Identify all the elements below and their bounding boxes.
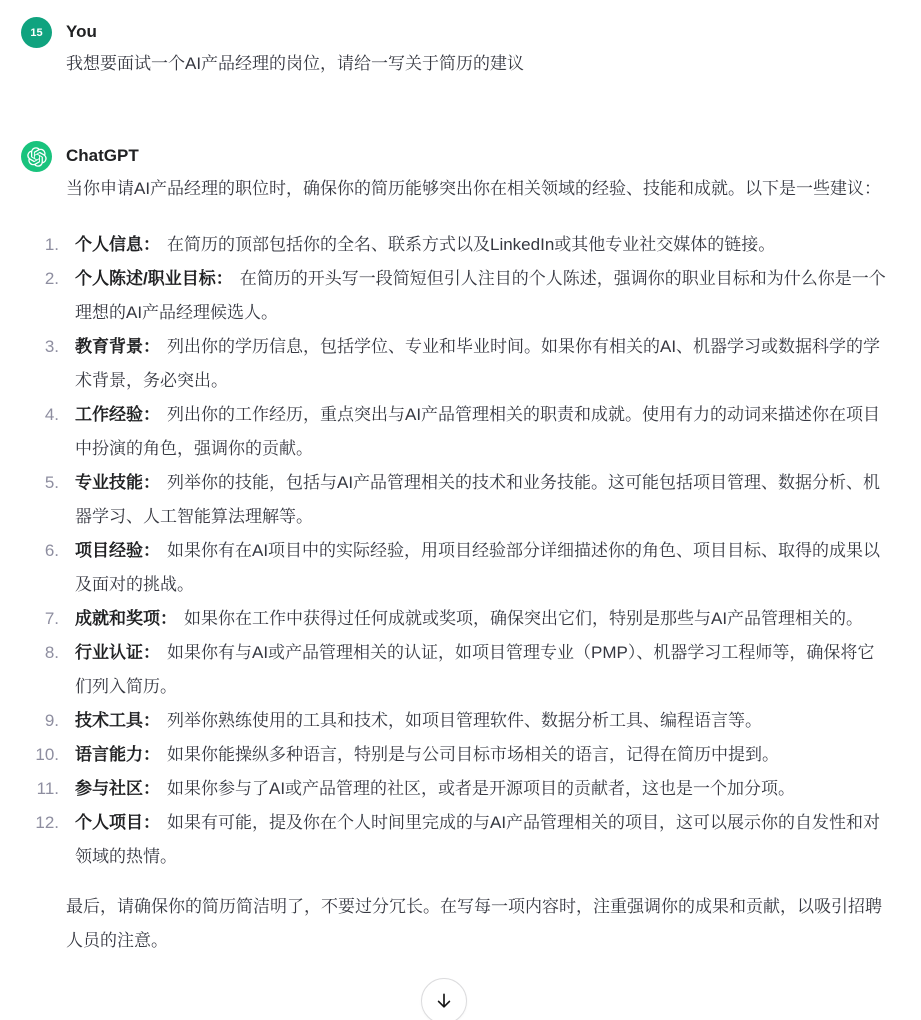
list-item-label: 教育背景： <box>75 337 160 356</box>
list-item-number: 5. <box>33 466 59 534</box>
list-item-body: 项目经验：如果你有在AI项目中的实际经验，用项目经验部分详细描述你的角色、项目目… <box>75 534 891 602</box>
list-item-body: 参与社区：如果你参与了AI或产品管理的社区，或者是开源项目的贡献者，这也是一个加… <box>75 772 891 806</box>
list-item: 6.项目经验：如果你有在AI项目中的实际经验，用项目经验部分详细描述你的角色、项… <box>66 534 891 602</box>
list-item-body: 技术工具：列举你熟练使用的工具和技术，如项目管理软件、数据分析工具、编程语言等。 <box>75 704 891 738</box>
list-item-label: 个人信息： <box>75 235 160 254</box>
list-item-number: 4. <box>33 398 59 466</box>
list-item-text: 列举你的技能，包括与AI产品管理相关的技术和业务技能。这可能包括项目管理、数据分… <box>75 473 880 526</box>
list-item: 2.个人陈述/职业目标：在简历的开头写一段简短但引人注目的个人陈述，强调你的职业… <box>66 262 891 330</box>
list-item-number: 6. <box>33 534 59 602</box>
list-item: 3.教育背景：列出你的学历信息，包括学位、专业和毕业时间。如果你有相关的AI、机… <box>66 330 891 398</box>
list-item-label: 个人项目： <box>75 813 160 832</box>
list-item-number: 1. <box>33 228 59 262</box>
assistant-outro-paragraph: 最后，请确保你的简历简洁明了，不要过分冗长。在写每一项内容时，注重强调你的成果和… <box>66 890 891 958</box>
user-message-content: You 我想要面试一个AI产品经理的岗位，请给一写关于简历的建议 <box>66 17 891 81</box>
list-item-text: 列出你的学历信息，包括学位、专业和毕业时间。如果你有相关的AI、机器学习或数据科… <box>75 337 880 390</box>
list-item-text: 列出你的工作经历，重点突出与AI产品管理相关的职责和成就。使用有力的动词来描述你… <box>75 405 880 458</box>
list-item-number: 11. <box>33 772 59 806</box>
list-item-body: 个人信息：在简历的顶部包括你的全名、联系方式以及LinkedIn或其他专业社交媒… <box>75 228 891 262</box>
scroll-to-bottom-button[interactable] <box>421 978 467 1020</box>
list-item: 10.语言能力：如果你能操纵多种语言，特别是与公司目标市场相关的语言，记得在简历… <box>66 738 891 772</box>
list-item-label: 项目经验： <box>75 541 160 560</box>
list-item-body: 成就和奖项：如果你在工作中获得过任何成就或奖项，确保突出它们，特别是那些与AI产… <box>75 602 891 636</box>
chatgpt-avatar <box>21 141 52 172</box>
list-item-body: 教育背景：列出你的学历信息，包括学位、专业和毕业时间。如果你有相关的AI、机器学… <box>75 330 891 398</box>
user-avatar-label: 15 <box>30 27 42 39</box>
list-item-text: 如果有可能，提及你在个人时间里完成的与AI产品管理相关的项目，这可以展示你的自发… <box>75 813 880 866</box>
list-item-label: 行业认证： <box>75 643 160 662</box>
list-item-text: 如果你能操纵多种语言，特别是与公司目标市场相关的语言，记得在简历中提到。 <box>167 745 779 764</box>
list-item: 5.专业技能：列举你的技能，包括与AI产品管理相关的技术和业务技能。这可能包括项… <box>66 466 891 534</box>
user-avatar: 15 <box>21 17 52 48</box>
list-item-body: 语言能力：如果你能操纵多种语言，特别是与公司目标市场相关的语言，记得在简历中提到… <box>75 738 891 772</box>
assistant-author-name: ChatGPT <box>66 141 891 168</box>
user-author-name: You <box>66 17 891 44</box>
list-item-body: 专业技能：列举你的技能，包括与AI产品管理相关的技术和业务技能。这可能包括项目管… <box>75 466 891 534</box>
list-item-number: 9. <box>33 704 59 738</box>
list-item-number: 2. <box>33 262 59 330</box>
user-message-text: 我想要面试一个AI产品经理的岗位，请给一写关于简历的建议 <box>66 47 891 81</box>
user-message: 15 You 我想要面试一个AI产品经理的岗位，请给一写关于简历的建议 <box>0 17 921 81</box>
list-item-label: 语言能力： <box>75 745 160 764</box>
list-item: 4.工作经验：列出你的工作经历，重点突出与AI产品管理相关的职责和成就。使用有力… <box>66 398 891 466</box>
list-item-number: 8. <box>33 636 59 704</box>
assistant-message-content: ChatGPT 当你申请AI产品经理的职位时，确保你的简历能够突出你在相关领域的… <box>66 141 891 958</box>
list-item: 1.个人信息：在简历的顶部包括你的全名、联系方式以及LinkedIn或其他专业社… <box>66 228 891 262</box>
list-item-body: 行业认证：如果你有与AI或产品管理相关的认证，如项目管理专业（PMP）、机器学习… <box>75 636 891 704</box>
list-item-label: 成就和奖项： <box>75 609 177 628</box>
list-item-label: 工作经验： <box>75 405 160 424</box>
list-item-body: 个人陈述/职业目标：在简历的开头写一段简短但引人注目的个人陈述，强调你的职业目标… <box>75 262 891 330</box>
assistant-message: ChatGPT 当你申请AI产品经理的职位时，确保你的简历能够突出你在相关领域的… <box>0 141 921 958</box>
advice-list: 1.个人信息：在简历的顶部包括你的全名、联系方式以及LinkedIn或其他专业社… <box>66 228 891 874</box>
list-item-number: 3. <box>33 330 59 398</box>
list-item-label: 参与社区： <box>75 779 160 798</box>
list-item-label: 技术工具： <box>75 711 160 730</box>
list-item-text: 列举你熟练使用的工具和技术，如项目管理软件、数据分析工具、编程语言等。 <box>167 711 762 730</box>
list-item-label: 专业技能： <box>75 473 160 492</box>
list-item-text: 如果你参与了AI或产品管理的社区，或者是开源项目的贡献者，这也是一个加分项。 <box>167 779 795 798</box>
list-item-label: 个人陈述/职业目标： <box>75 269 233 288</box>
list-item: 9.技术工具：列举你熟练使用的工具和技术，如项目管理软件、数据分析工具、编程语言… <box>66 704 891 738</box>
list-item-number: 7. <box>33 602 59 636</box>
arrow-down-icon <box>434 991 454 1011</box>
openai-logo-icon <box>27 147 47 167</box>
list-item-number: 12. <box>33 806 59 874</box>
list-item-text: 如果你有在AI项目中的实际经验，用项目经验部分详细描述你的角色、项目目标、取得的… <box>75 541 880 594</box>
list-item-number: 10. <box>33 738 59 772</box>
chat-thread: 15 You 我想要面试一个AI产品经理的岗位，请给一写关于简历的建议 Chat… <box>0 0 921 958</box>
assistant-intro-paragraph: 当你申请AI产品经理的职位时，确保你的简历能够突出你在相关领域的经验、技能和成就… <box>66 172 891 206</box>
list-item-text: 如果你有与AI或产品管理相关的认证，如项目管理专业（PMP）、机器学习工程师等，… <box>75 643 874 696</box>
list-item: 12.个人项目：如果有可能，提及你在个人时间里完成的与AI产品管理相关的项目，这… <box>66 806 891 874</box>
list-item: 7.成就和奖项：如果你在工作中获得过任何成就或奖项，确保突出它们，特别是那些与A… <box>66 602 891 636</box>
list-item-body: 个人项目：如果有可能，提及你在个人时间里完成的与AI产品管理相关的项目，这可以展… <box>75 806 891 874</box>
list-item: 11.参与社区：如果你参与了AI或产品管理的社区，或者是开源项目的贡献者，这也是… <box>66 772 891 806</box>
list-item-text: 在简历的顶部包括你的全名、联系方式以及LinkedIn或其他专业社交媒体的链接。 <box>167 235 775 254</box>
list-item-text: 如果你在工作中获得过任何成就或奖项，确保突出它们，特别是那些与AI产品管理相关的… <box>184 609 863 628</box>
list-item: 8.行业认证：如果你有与AI或产品管理相关的认证，如项目管理专业（PMP）、机器… <box>66 636 891 704</box>
list-item-body: 工作经验：列出你的工作经历，重点突出与AI产品管理相关的职责和成就。使用有力的动… <box>75 398 891 466</box>
